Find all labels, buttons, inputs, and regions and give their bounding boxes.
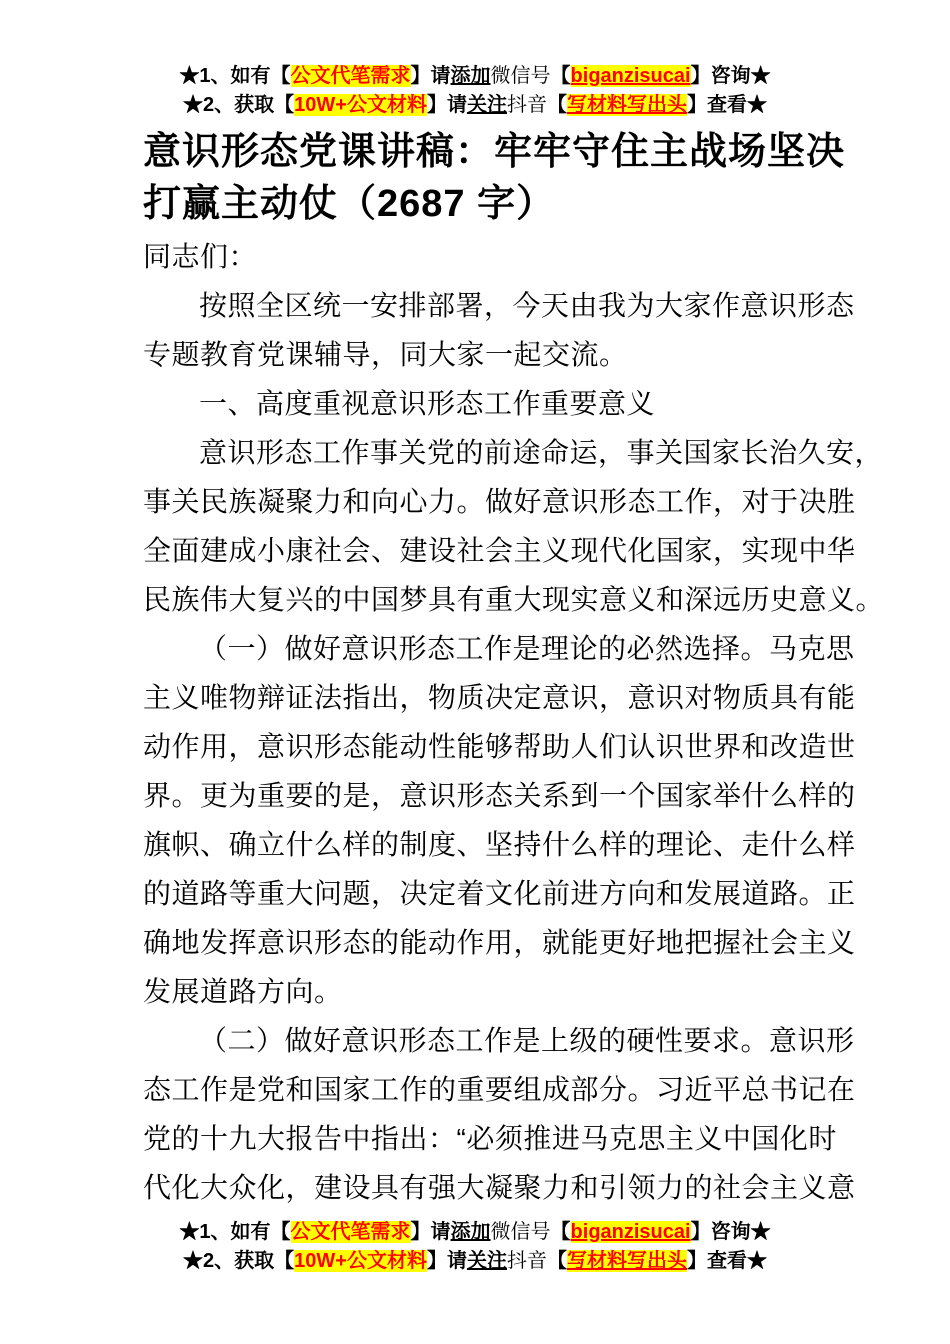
body-line: 发展道路方向。 (143, 967, 833, 1016)
promo-text: 】查看★ (687, 94, 767, 116)
promo-text: 【 (547, 94, 567, 116)
body-line: （一）做好意识形态工作是理论的必然选择。马克思 (143, 624, 833, 673)
paragraph: 按照全区统一安排部署，今天由我为大家作意识形态专题教育党课辅导，同大家一起交流。 (143, 281, 833, 379)
promo-text: ★2、获取【 (183, 94, 294, 116)
promo-header-line-1: ★1、如有【公文代笔需求】请添加微信号【biganzisucai】咨询★ (0, 62, 950, 91)
promo-highlight-text: biganzisucai (571, 1221, 691, 1243)
document-title: 意识形态党课讲稿：牢牢守住主战场坚决打赢主动仗（2687 字） (0, 126, 950, 230)
title-line: 意识形态党课讲稿：牢牢守住主战场坚决 (143, 126, 950, 178)
body-line: 态工作是党和国家工作的重要组成部分。习近平总书记在 (143, 1065, 833, 1114)
promo-text: 】请 (411, 1221, 451, 1243)
promo-text: 关注 (467, 94, 507, 116)
body-line: 确地发挥意识形态的能动作用，就能更好地把握社会主义 (143, 918, 833, 967)
body-line: 事关民族凝聚力和向心力。做好意识形态工作，对于决胜 (143, 477, 833, 526)
promo-text: 添加 (451, 1221, 491, 1243)
body-line: 动作用，意识形态能动性能够帮助人们认识世界和改造世 (143, 722, 833, 771)
body-line: 按照全区统一安排部署，今天由我为大家作意识形态 (143, 281, 833, 330)
body-line: 主义唯物辩证法指出，物质决定意识，意识对物质具有能 (143, 673, 833, 722)
promo-text: 添加 (451, 65, 491, 87)
promo-footer-line-2: ★2、获取【10W+公文材料】请关注抖音【写材料写出头】查看★ (0, 1247, 950, 1276)
promo-highlight-text: 写材料写出头 (567, 94, 687, 116)
body-line: 意识形态工作事关党的前途命运，事关国家长治久安， (143, 428, 833, 477)
promo-text: 】咨询★ (691, 65, 771, 87)
promo-highlight-text: biganzisucai (571, 65, 691, 87)
paragraph: 一、高度重视意识形态工作重要意义 (143, 379, 833, 428)
promo-text: ★1、如有【 (179, 65, 290, 87)
promo-highlight-text: 公文代笔需求 (291, 1221, 411, 1243)
promo-text: 】咨询★ (691, 1221, 771, 1243)
body-line: 旗帜、确立什么样的制度、坚持什么样的理论、走什么样 (143, 820, 833, 869)
promo-text: ★2、获取【 (183, 1250, 294, 1272)
promo-text: 】查看★ (687, 1250, 767, 1272)
promo-text: 抖音 (507, 1250, 547, 1272)
body-line: 同志们： (143, 232, 833, 281)
promo-text: 关注 (467, 1250, 507, 1272)
body-line: 党的十九大报告中指出：“必须推进马克思主义中国化时 (143, 1114, 833, 1163)
body-line: 界。更为重要的是，意识形态关系到一个国家举什么样的 (143, 771, 833, 820)
promo-header: ★1、如有【公文代笔需求】请添加微信号【biganzisucai】咨询★ ★2、… (0, 62, 950, 120)
promo-text: 【 (551, 65, 571, 87)
promo-text: 】请 (427, 94, 467, 116)
title-line: 打赢主动仗（2687 字） (143, 178, 950, 230)
body-line: （二）做好意识形态工作是上级的硬性要求。意识形 (143, 1016, 833, 1065)
paragraph: 意识形态工作事关党的前途命运，事关国家长治久安，事关民族凝聚力和向心力。做好意识… (143, 428, 833, 624)
promo-highlight-text: 写材料写出头 (567, 1250, 687, 1272)
promo-text: 】请 (427, 1250, 467, 1272)
promo-text: 微信号 (491, 65, 551, 87)
document-body: 同志们：按照全区统一安排部署，今天由我为大家作意识形态专题教育党课辅导，同大家一… (0, 232, 833, 1212)
paragraph: （一）做好意识形态工作是理论的必然选择。马克思主义唯物辩证法指出，物质决定意识，… (143, 624, 833, 1016)
document-page: ★1、如有【公文代笔需求】请添加微信号【biganzisucai】咨询★ ★2、… (0, 0, 950, 1344)
body-line: 民族伟大复兴的中国梦具有重大现实意义和深远历史意义。 (143, 575, 833, 624)
promo-text: ★1、如有【 (179, 1221, 290, 1243)
promo-highlight-text: 10W+公文材料 (294, 1250, 427, 1272)
promo-text: 【 (551, 1221, 571, 1243)
promo-text: 【 (547, 1250, 567, 1272)
promo-highlight-text: 公文代笔需求 (291, 65, 411, 87)
body-line: 全面建成小康社会、建设社会主义现代化国家，实现中华 (143, 526, 833, 575)
promo-highlight-text: 10W+公文材料 (294, 94, 427, 116)
paragraph: 同志们： (143, 232, 833, 281)
promo-text: 】请 (411, 65, 451, 87)
body-line: 的道路等重大问题，决定着文化前进方向和发展道路。正 (143, 869, 833, 918)
paragraph: （二）做好意识形态工作是上级的硬性要求。意识形态工作是党和国家工作的重要组成部分… (143, 1016, 833, 1212)
promo-footer: ★1、如有【公文代笔需求】请添加微信号【biganzisucai】咨询★ ★2、… (0, 1218, 950, 1276)
body-line: 代化大众化，建设具有强大凝聚力和引领力的社会主义意 (143, 1163, 833, 1212)
promo-text: 微信号 (491, 1221, 551, 1243)
body-line: 专题教育党课辅导，同大家一起交流。 (143, 330, 833, 379)
promo-header-line-2: ★2、获取【10W+公文材料】请关注抖音【写材料写出头】查看★ (0, 91, 950, 120)
body-line: 一、高度重视意识形态工作重要意义 (143, 379, 833, 428)
promo-footer-line-1: ★1、如有【公文代笔需求】请添加微信号【biganzisucai】咨询★ (0, 1218, 950, 1247)
promo-text: 抖音 (507, 94, 547, 116)
